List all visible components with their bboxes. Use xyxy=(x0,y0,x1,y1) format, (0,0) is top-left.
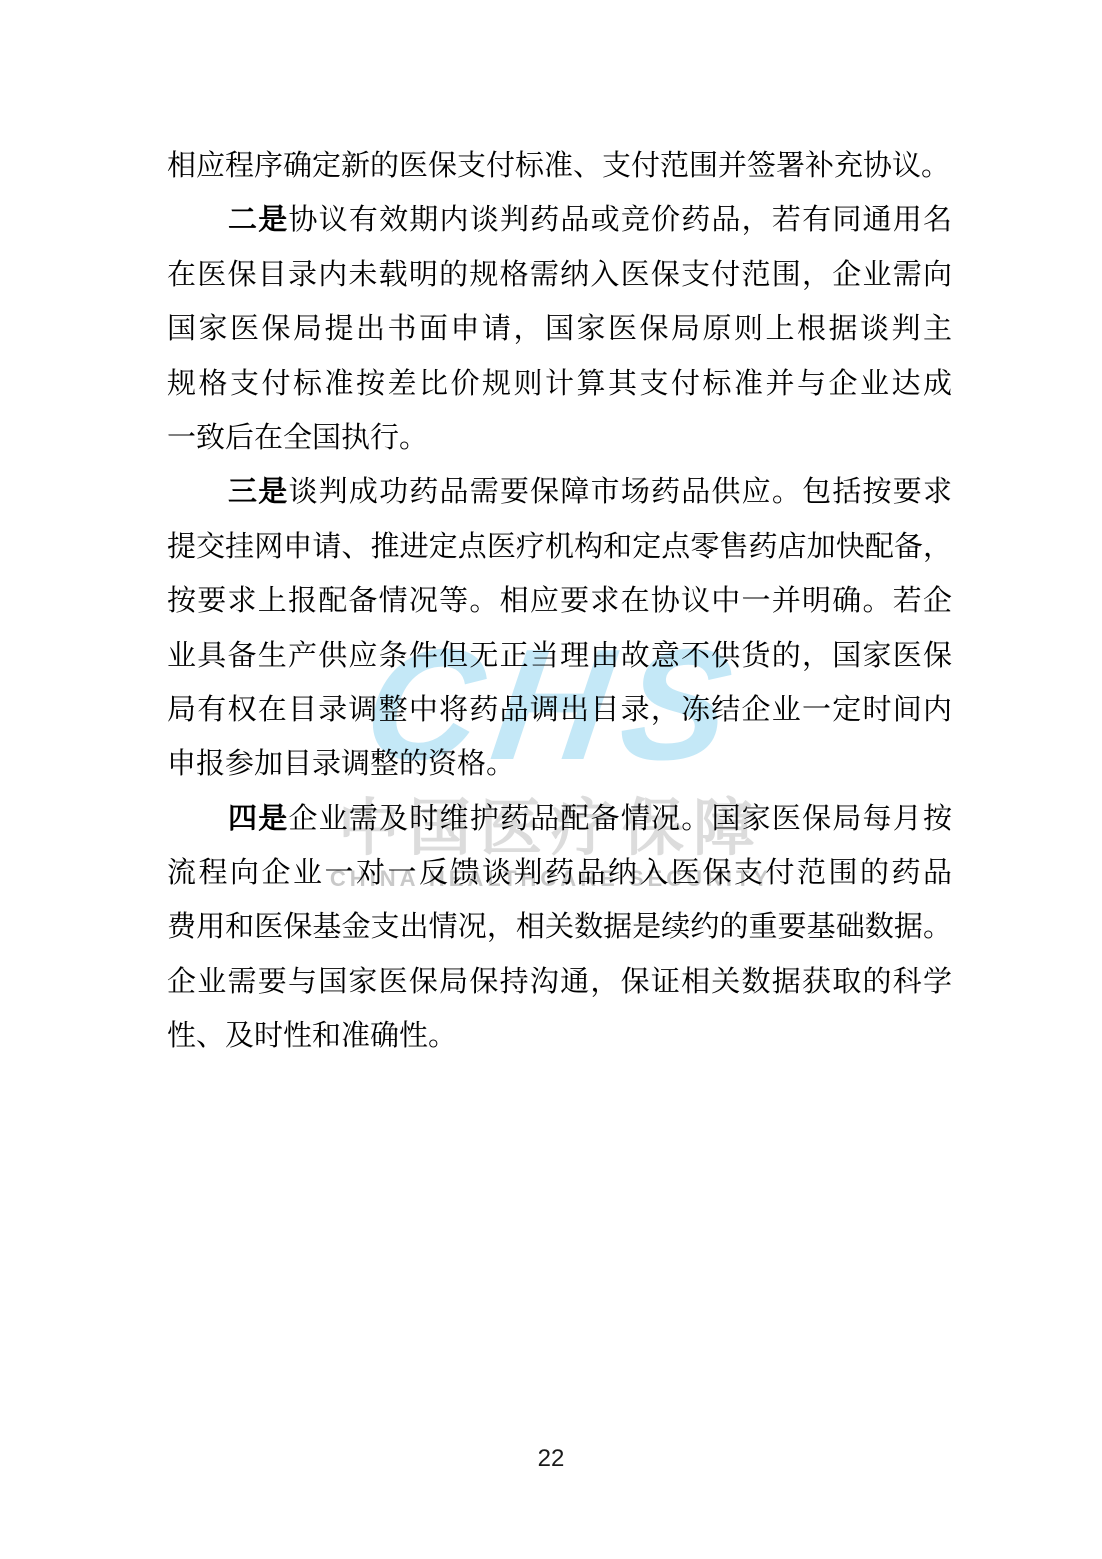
text-line: 三是谈判成功药品需要保障市场药品供应。包括按要求 xyxy=(167,465,952,519)
text-line: 规格支付标准按差比价规则计算其支付标准并与企业达成 xyxy=(167,357,952,411)
paragraph-lead: 四是 xyxy=(228,803,288,835)
text-line: 局有权在目录调整中将药品调出目录，冻结企业一定时间内 xyxy=(167,683,952,737)
paragraph-lead: 二是 xyxy=(228,204,288,236)
text-line: 在医保目录内未载明的规格需纳入医保支付范围，企业需向 xyxy=(167,248,952,302)
text-line: 一致后在全国执行。 xyxy=(167,411,952,465)
paragraph-lead: 三是 xyxy=(228,476,288,508)
text-line: 申报参加目录调整的资格。 xyxy=(167,737,952,791)
document-body: 相应程序确定新的医保支付标准、支付范围并签署补充协议。二是协议有效期内谈判药品或… xyxy=(167,139,952,1064)
text-line: 按要求上报配备情况等。相应要求在协议中一并明确。若企 xyxy=(167,574,952,628)
document-page: CHS 中国医疗保障 CHINA HEALTHCARE SECURITY 相应程… xyxy=(0,0,1102,1559)
text-line: 费用和医保基金支出情况，相关数据是续约的重要基础数据。 xyxy=(167,900,952,954)
text-line: 四是企业需及时维护药品配备情况。国家医保局每月按 xyxy=(167,792,952,846)
text-line: 相应程序确定新的医保支付标准、支付范围并签署补充协议。 xyxy=(167,139,952,193)
text-line: 提交挂网申请、推进定点医疗机构和定点零售药店加快配备， xyxy=(167,520,952,574)
text-line: 性、及时性和准确性。 xyxy=(167,1009,952,1063)
text-line: 流程向企业一对一反馈谈判药品纳入医保支付范围的药品 xyxy=(167,846,952,900)
page-number: 22 xyxy=(0,1444,1102,1474)
text-line: 二是协议有效期内谈判药品或竞价药品，若有同通用名 xyxy=(167,193,952,247)
text-line: 国家医保局提出书面申请，国家医保局原则上根据谈判主 xyxy=(167,302,952,356)
text-line: 企业需要与国家医保局保持沟通，保证相关数据获取的科学 xyxy=(167,955,952,1009)
text-line: 业具备生产供应条件但无正当理由故意不供货的，国家医保 xyxy=(167,629,952,683)
